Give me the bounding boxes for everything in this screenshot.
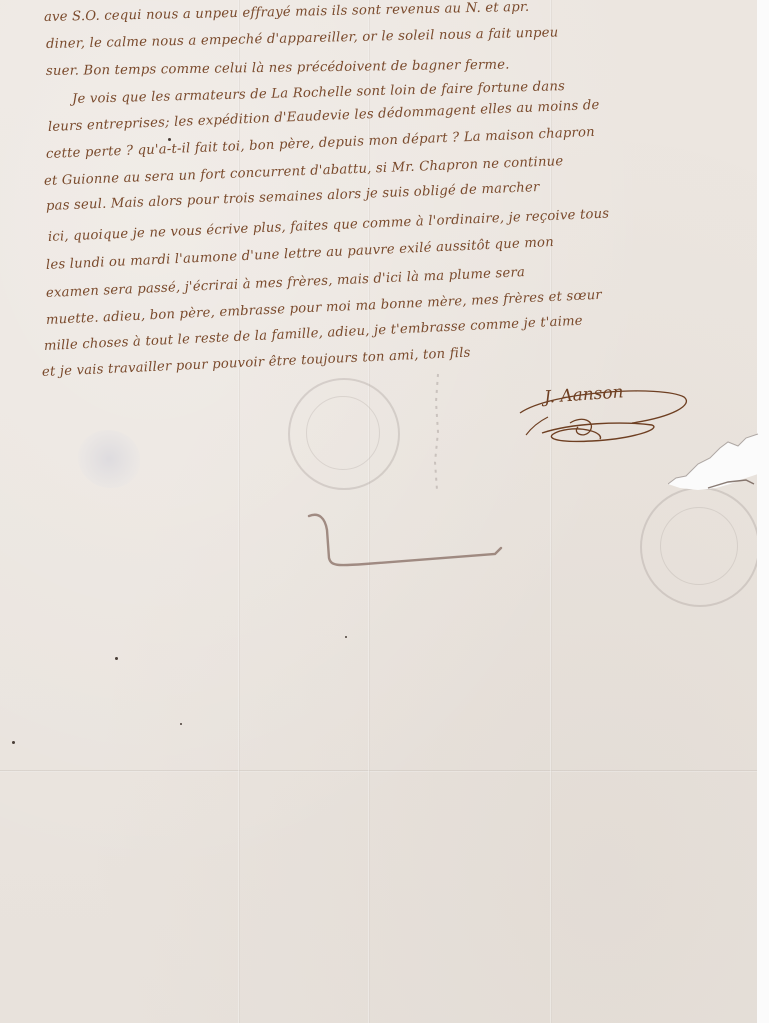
faint-stamp-trail bbox=[428, 372, 448, 492]
ink-speck bbox=[345, 636, 347, 638]
ink-speck bbox=[12, 741, 15, 744]
wax-seal-residue bbox=[78, 430, 140, 488]
postmark-inner-ring bbox=[660, 507, 738, 585]
fold-crease-vertical bbox=[550, 0, 552, 1023]
ink-speck bbox=[115, 657, 118, 660]
letter-line: suer. Bon temps comme celui là nes précé… bbox=[46, 58, 510, 79]
postmark-inner-ring bbox=[306, 396, 380, 470]
torn-paper-edge bbox=[668, 428, 769, 498]
postmark-right bbox=[640, 487, 757, 607]
ink-speck bbox=[168, 138, 171, 141]
fold-crease-horizontal bbox=[0, 770, 757, 772]
ink-hook-mark bbox=[305, 510, 505, 570]
postmark-center bbox=[288, 378, 400, 490]
ink-speck bbox=[180, 723, 182, 725]
signature: J. Aanson bbox=[512, 383, 692, 453]
scan-border bbox=[757, 0, 769, 1023]
letter-line: ave S.O. cequi nous a unpeu effrayé mais… bbox=[44, 0, 530, 25]
signature-flourish-icon bbox=[512, 383, 692, 453]
letter-line: diner, le calme nous a empeché d'apparei… bbox=[46, 25, 559, 52]
letter-page: ave S.O. cequi nous a unpeu effrayé mais… bbox=[0, 0, 757, 1023]
